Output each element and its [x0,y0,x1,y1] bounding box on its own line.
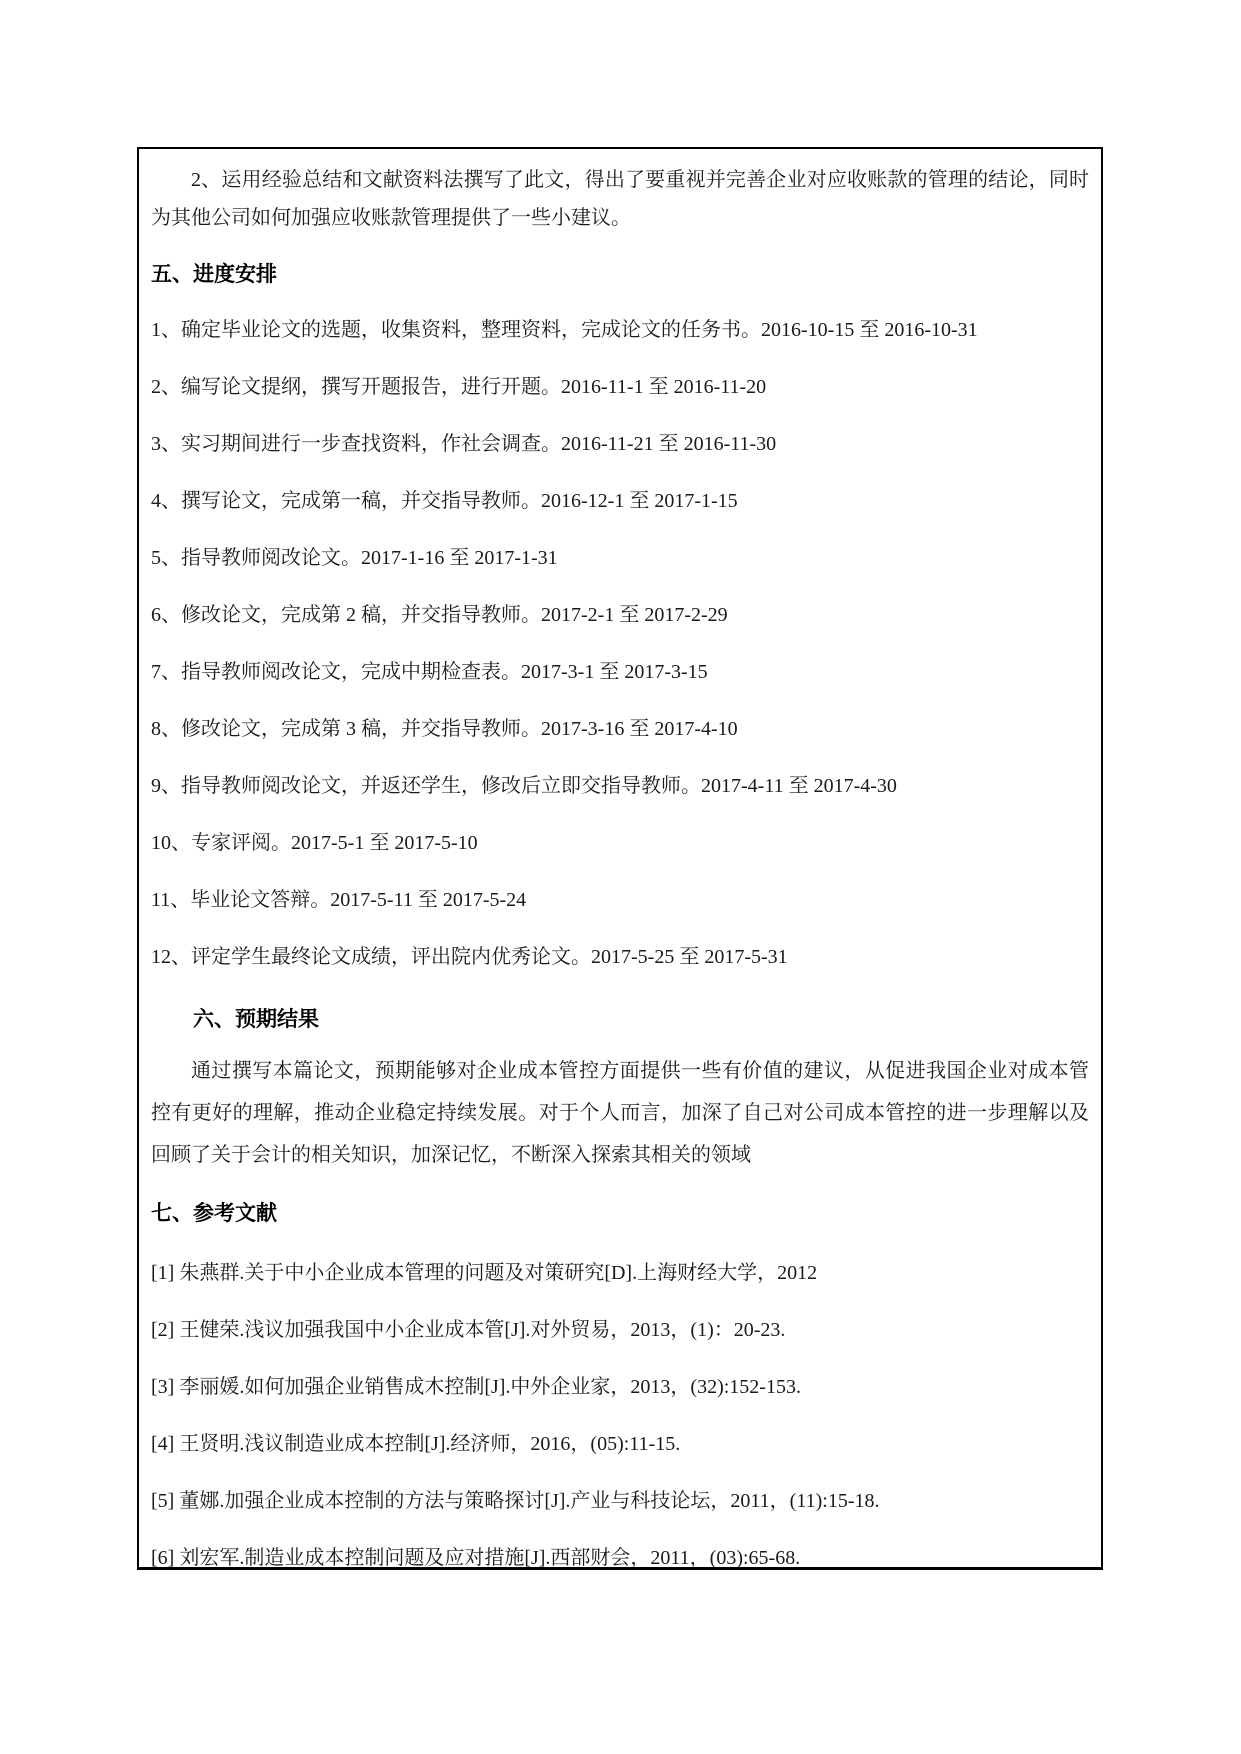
expected-results-paragraph: 通过撰写本篇论文，预期能够对企业成本管控方面提供一些有价值的建议，从促进我国企业… [151,1050,1089,1176]
schedule-item: 9、指导教师阅改论文，并返还学生，修改后立即交指导教师。2017-4-11 至 … [151,775,1089,797]
schedule-item: 1、确定毕业论文的选题，收集资料，整理资料，完成论文的任务书。2016-10-1… [151,319,1089,341]
document-page: { "page": { "background": "#ffffff", "bo… [0,0,1241,1754]
intro-paragraph: 2、运用经验总结和文献资料法撰写了此文，得出了要重视并完善企业对应收账款的管理的… [151,161,1089,237]
schedule-item: 10、专家评阅。2017-5-1 至 2017-5-10 [151,832,1089,854]
reference-item: [6] 刘宏军.制造业成本控制问题及应对措施[J].西部财会，2011，(03)… [151,1547,1089,1569]
thesis-proposal-table-cell: 2、运用经验总结和文献资料法撰写了此文，得出了要重视并完善企业对应收账款的管理的… [137,147,1103,1570]
reference-item: [2] 王健荣.浅议加强我国中小企业成本管[J].对外贸易，2013，(1)：2… [151,1319,1089,1341]
schedule-item: 8、修改论文，完成第 3 稿，并交指导教师。2017-3-16 至 2017-4… [151,718,1089,740]
reference-item: [1] 朱燕群.关于中小企业成本管理的问题及对策研究[D].上海财经大学，201… [151,1262,1089,1284]
section-heading-schedule: 五、进度安排 [151,263,1089,287]
schedule-item: 6、修改论文，完成第 2 稿，并交指导教师。2017-2-1 至 2017-2-… [151,604,1089,626]
references-list: [1] 朱燕群.关于中小企业成本管理的问题及对策研究[D].上海财经大学，201… [151,1262,1089,1569]
schedule-list: 1、确定毕业论文的选题，收集资料，整理资料，完成论文的任务书。2016-10-1… [151,319,1089,968]
schedule-item: 11、毕业论文答辩。2017-5-11 至 2017-5-24 [151,889,1089,911]
schedule-item: 3、实习期间进行一步查找资料，作社会调查。2016-11-21 至 2016-1… [151,433,1089,455]
reference-item: [3] 李丽媛.如何加强企业销售成木控制[J].中外企业家，2013，(32):… [151,1376,1089,1398]
section-heading-references: 七、参考文献 [151,1202,1089,1226]
schedule-item: 4、撰写论文，完成第一稿，并交指导教师。2016-12-1 至 2017-1-1… [151,490,1089,512]
reference-item: [5] 董娜.加强企业成本控制的方法与策略探讨[J].产业与科技论坛，2011，… [151,1490,1089,1512]
schedule-item: 7、指导教师阅改论文，完成中期检查表。2017-3-1 至 2017-3-15 [151,661,1089,683]
schedule-item: 12、评定学生最终论文成绩，评出院内优秀论文。2017-5-25 至 2017-… [151,946,1089,968]
section-heading-expected-results: 六、预期结果 [151,1008,1089,1032]
schedule-item: 2、编写论文提纲，撰写开题报告，进行开题。2016-11-1 至 2016-11… [151,376,1089,398]
reference-item: [4] 王贤明.浅议制造业成本控制[J].经济师，2016，(05):11-15… [151,1433,1089,1455]
schedule-item: 5、指导教师阅改论文。2017-1-16 至 2017-1-31 [151,547,1089,569]
